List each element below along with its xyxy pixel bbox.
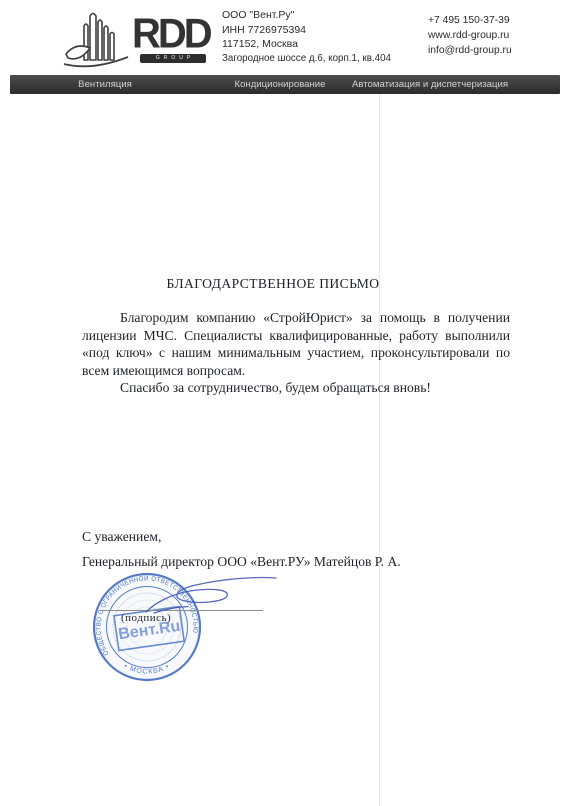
nav-item-ventilation: Вентиляция xyxy=(78,79,132,90)
logo-group-bar: GROUP xyxy=(140,54,206,63)
building-leaf-icon xyxy=(62,8,134,70)
letter-regards: С уважением, xyxy=(82,529,161,545)
scan-fold-line xyxy=(379,90,380,806)
company-info-block: ООО "Вент.Ру" ИНН 7726975394 117152, Мос… xyxy=(222,8,391,66)
logo-brand-text: RDD xyxy=(132,13,210,55)
contacts-block: +7 495 150-37-39 www.rdd-group.ru info@r… xyxy=(428,13,512,58)
letterhead-nav-bar: Вентиляция Кондиционирование Автоматизац… xyxy=(10,75,560,94)
company-address: Загородное шоссе д.6, корп.1, кв.404 xyxy=(222,52,391,67)
phone-number: +7 495 150-37-39 xyxy=(428,13,512,28)
company-name: ООО "Вент.Ру" xyxy=(222,8,391,23)
company-inn: ИНН 7726975394 xyxy=(222,23,391,38)
letter-paragraph-closing: Спасибо за сотрудничество, будем обращат… xyxy=(82,379,510,397)
letter-signoff: Генеральный директор ООО «Вент.РУ» Матей… xyxy=(82,554,401,570)
scanned-letter-page: RDD GROUP ООО "Вент.Ру" ИНН 7726975394 1… xyxy=(0,0,570,806)
company-logo: RDD GROUP xyxy=(62,6,212,70)
website-url: www.rdd-group.ru xyxy=(428,28,512,43)
company-city: 117152, Москва xyxy=(222,37,391,52)
letter-body: Благородим компанию «СтройЮрист» за помо… xyxy=(82,309,510,397)
handwritten-signature xyxy=(128,572,293,620)
letter-paragraph-main: Благородим компанию «СтройЮрист» за помо… xyxy=(82,309,510,379)
logo-group-text: GROUP xyxy=(152,56,194,61)
nav-item-conditioning: Кондиционирование xyxy=(234,79,325,90)
nav-item-automation: Автоматизация и диспетчеризация xyxy=(352,79,508,90)
letter-title: БЛАГОДАРСТВЕННОЕ ПИСЬМО xyxy=(63,276,483,292)
email-address: info@rdd-group.ru xyxy=(428,43,512,58)
